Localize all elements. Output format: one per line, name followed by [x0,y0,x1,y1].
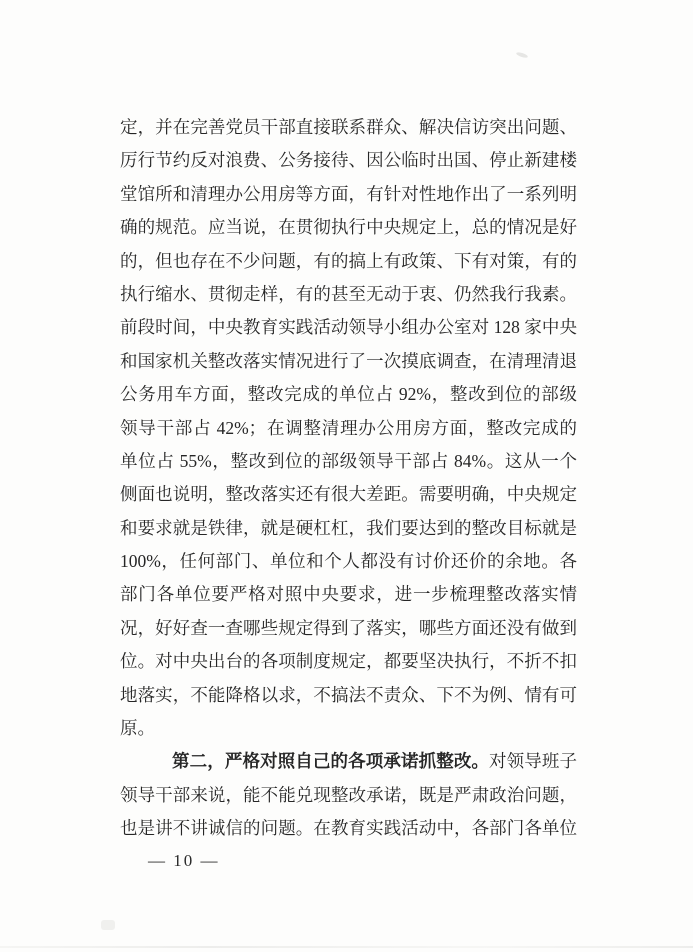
text-line: 100%，任何部门、单位和个人都没有讨价还价的余地。各 [120,545,577,578]
text-line: 位。对中央出台的各项制度规定，都要坚决执行，不折不扣 [120,645,577,678]
paragraph-lead-bold: 第二，严格对照自己的各项承诺抓整改。 [172,751,489,771]
text-line: 前段时间，中央教育实践活动领导小组办公室对 128 家中央 [120,311,577,344]
text-line: 况，好好查一查哪些规定得到了落实，哪些方面还没有做到 [120,612,577,645]
text-line: 部门各单位要严格对照中央要求，进一步梳理整改落实情 [120,578,577,611]
text-line: 堂馆所和清理办公用房等方面，有针对性地作出了一系列明 [120,178,577,211]
text-line: 单位占 55%，整改到位的部级领导干部占 84%。这从一个 [120,445,577,478]
text-block: 定，并在完善党员干部直接联系群众、解决信访突出问题、 厉行节约反对浪费、公务接待… [120,111,577,846]
text-line: 也是讲不讲诚信的问题。在教育实践活动中，各部门各单位 [120,812,577,845]
text-line: 的，但也存在不少问题，有的搞上有政策、下有对策，有的 [120,245,577,278]
text-line: 厉行节约反对浪费、公务接待、因公临时出国、停止新建楼 [120,144,577,177]
text-line: 领导干部占 42%；在调整清理办公用房方面，整改完成的 [120,412,577,445]
text-line-paragraph-start: 第二，严格对照自己的各项承诺抓整改。对领导班子和 [120,745,577,778]
text-line: 确的规范。应当说，在贯彻执行中央规定上，总的情况是好 [120,211,577,244]
text-line: 和要求就是铁律，就是硬杠杠，我们要达到的整改目标就是 [120,512,577,545]
text-line: 领导干部来说，能不能兑现整改承诺，既是严肃政治问题， [120,779,577,812]
page-number: — 10 — [148,848,220,874]
text-line: 原。 [120,712,577,745]
text-line: 和国家机关整改落实情况进行了一次摸底调查，在清理清退 [120,345,577,378]
text-line: 地落实，不能降格以求，不搞法不责众、下不为例、情有可 [120,679,577,712]
document-page: 定，并在完善党员干部直接联系群众、解决信访突出问题、 厉行节约反对浪费、公务接待… [0,0,693,952]
scan-artifact [101,920,115,930]
text-line: 公务用车方面，整改完成的单位占 92%，整改到位的部级 [120,378,577,411]
scan-artifact [516,51,529,59]
text-line: 侧面也说明，整改落实还有很大差距。需要明确，中央规定 [120,478,577,511]
text-line: 执行缩水、贯彻走样，有的甚至无动于衷、仍然我行我素。 [120,278,577,311]
text-line: 定，并在完善党员干部直接联系群众、解决信访突出问题、 [120,111,577,144]
scan-edge-shadow [0,946,693,948]
